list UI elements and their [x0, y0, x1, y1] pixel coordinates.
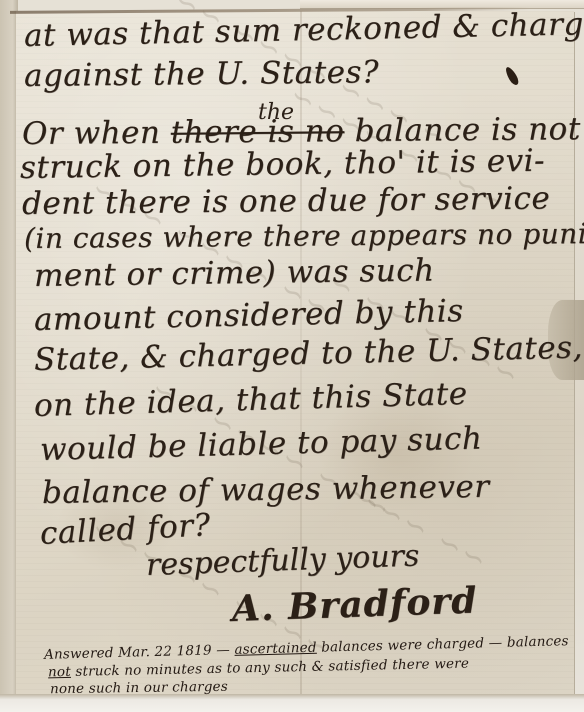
answer-underlined-word: ascertained [234, 640, 317, 658]
line-3-prefix: Or when [22, 115, 171, 152]
signature: A. Bradford [231, 579, 478, 630]
answer-underlined-not: not [48, 664, 71, 680]
answer-note-line-3: none such in our charges [50, 679, 228, 697]
letter-line-12: balance of wages whenever [42, 469, 490, 511]
manuscript-scan: ~ ~~~ ~~~~ ~~ ~~~ ~ ~~~~ ~~ ~~~~ ~~~ ~~~… [0, 0, 584, 712]
letter-line-2: against the U. States? [24, 54, 379, 94]
letter-line-7: ment or crime) was such [34, 252, 435, 294]
letter-line-4: struck on the book, tho' it is evi- [20, 143, 545, 186]
letter-line-6: (in cases where there appears no punish- [24, 217, 584, 255]
letter-line-5: dent there is one due for service [22, 180, 551, 222]
